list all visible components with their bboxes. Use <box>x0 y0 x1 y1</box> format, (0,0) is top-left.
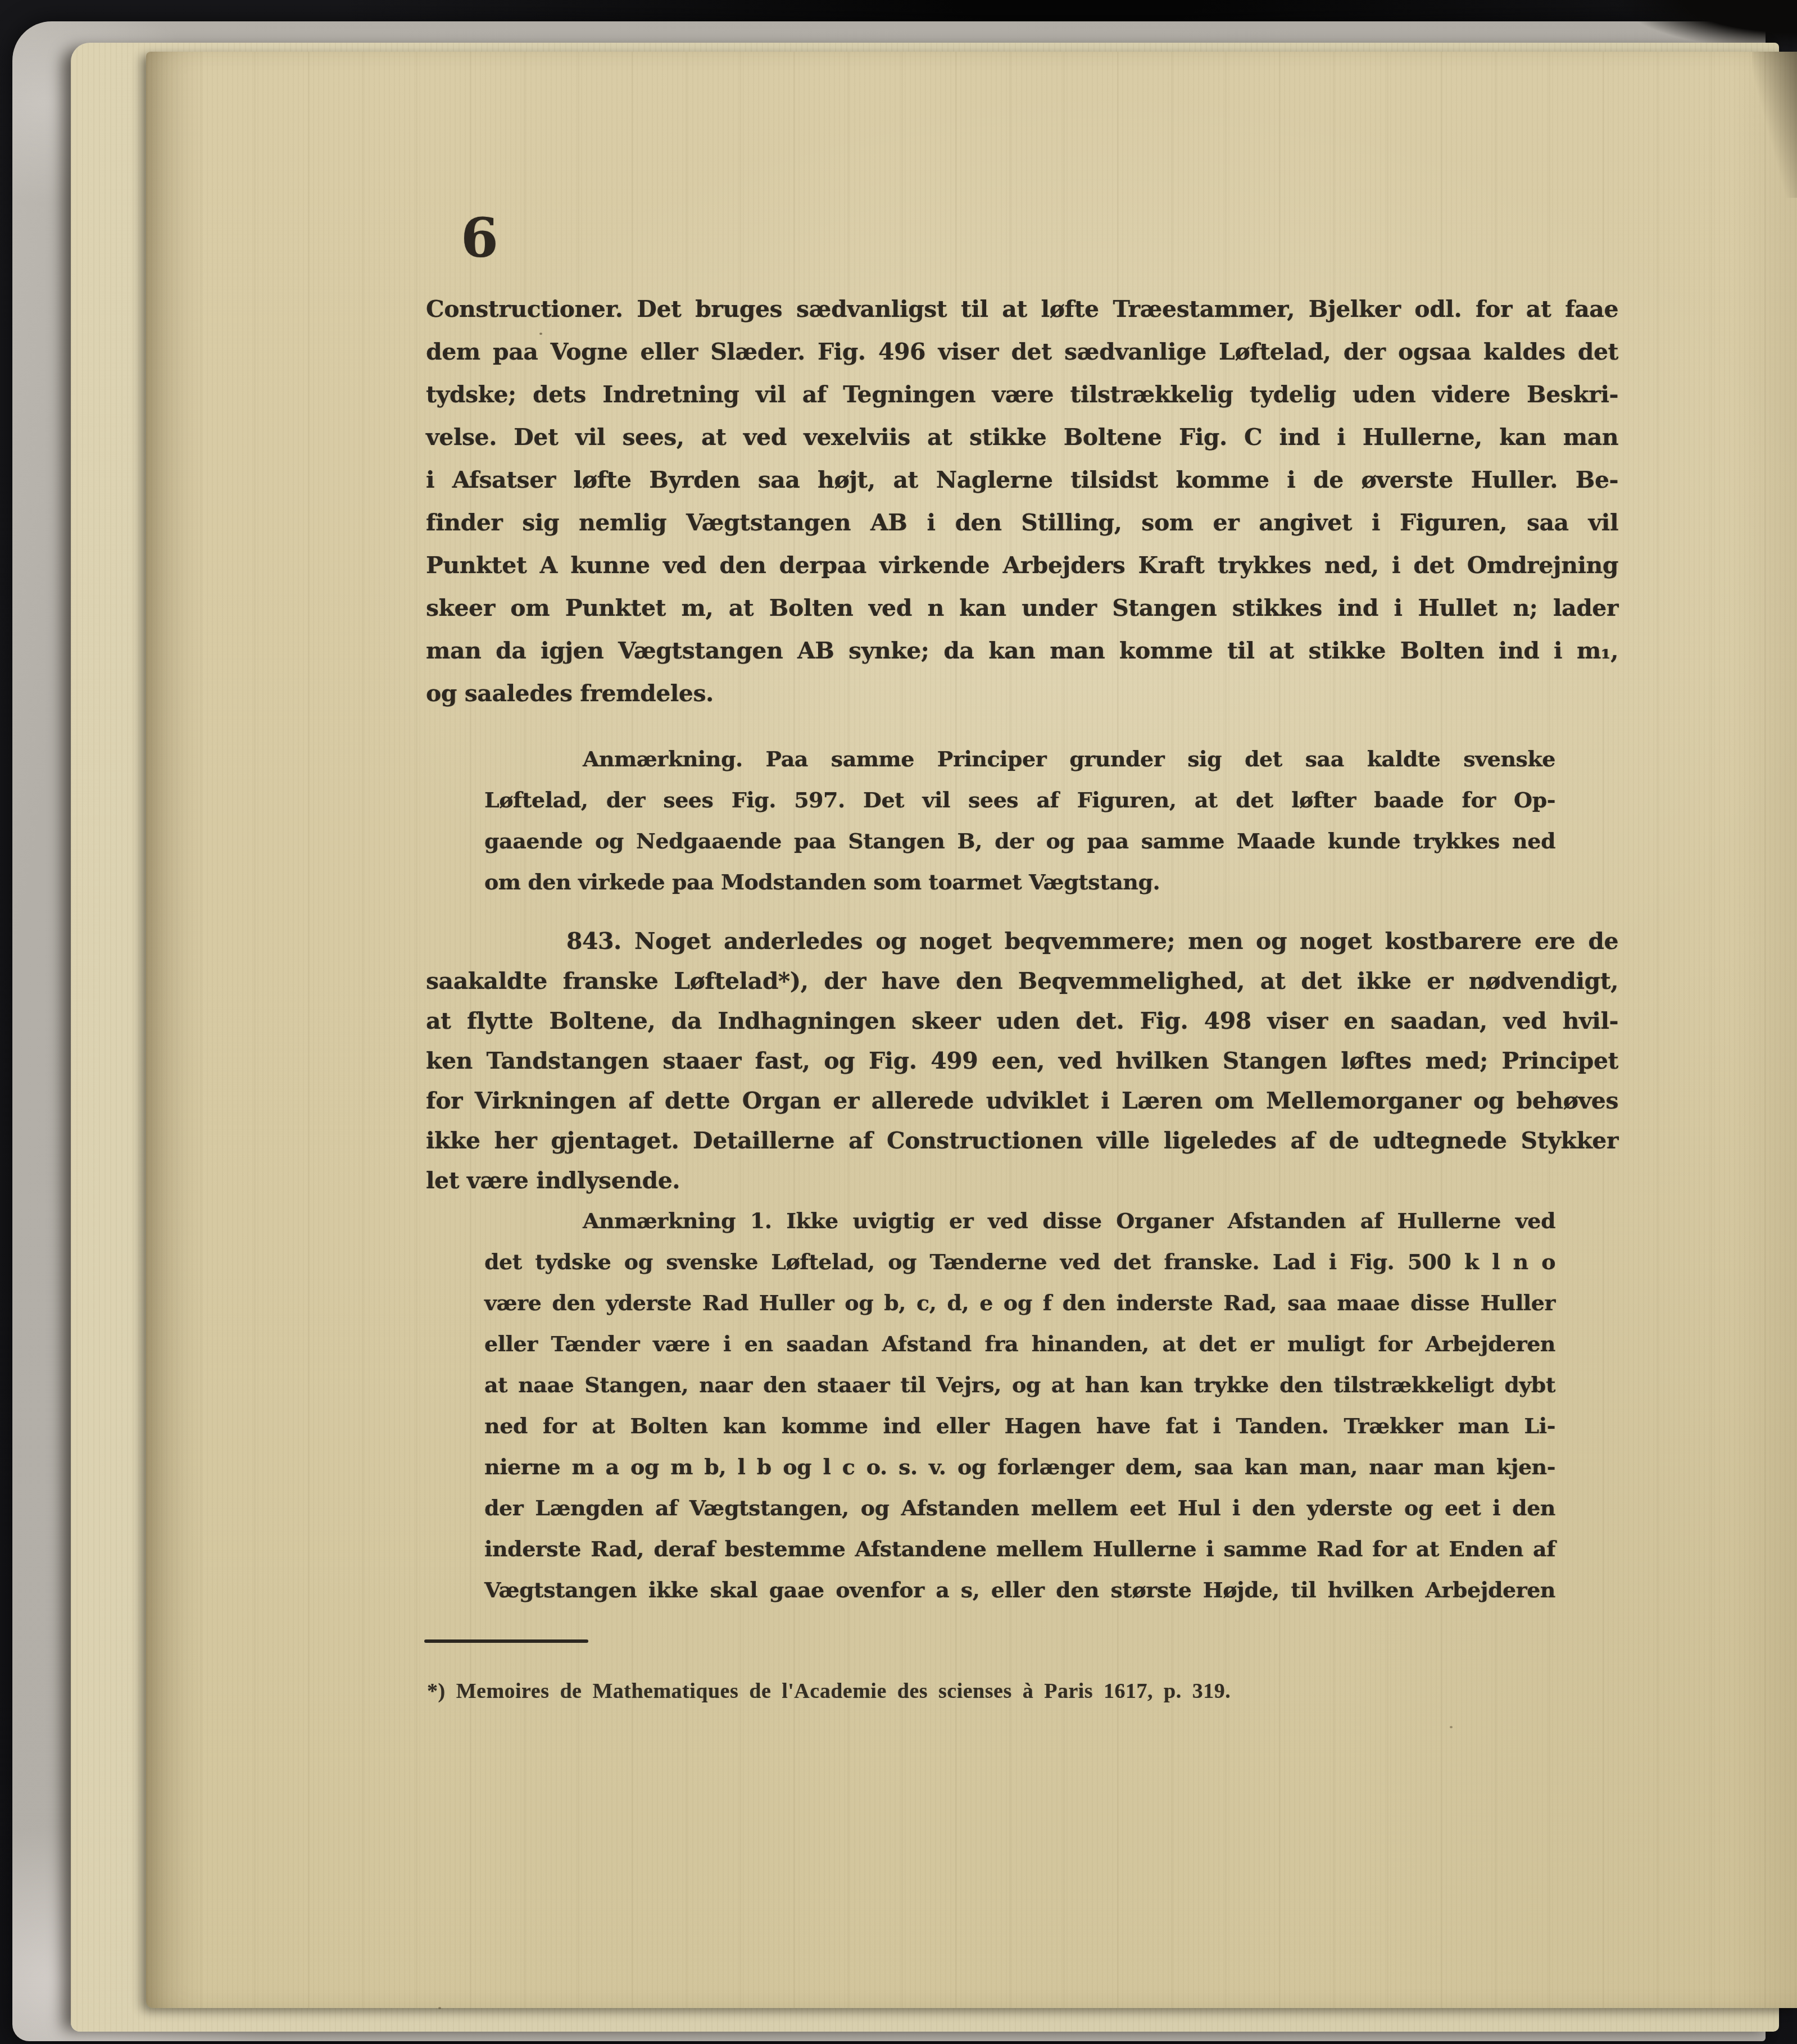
text-line: at naae Stangen, naar den staaer til Vej… <box>484 1364 1555 1405</box>
text-line: ned for at Bolten kan komme ind eller Ha… <box>484 1405 1555 1446</box>
text-line: Anmærkning 1. Ikke uvigtig er ved disse … <box>484 1200 1555 1241</box>
text-line: ikke her gjentaget. Detaillerne af Const… <box>426 1121 1618 1161</box>
text-line: dem paa Vogne eller Slæder. Fig. 496 vis… <box>426 330 1618 373</box>
text-line: nierne m a og m b, l b og l c o. s. v. o… <box>484 1446 1555 1487</box>
text-line: skeer om Punktet m, at Bolten ved n kan … <box>426 587 1618 629</box>
text-line: at flytte Boltene, da Indhagningen skeer… <box>426 1001 1618 1041</box>
text-line: eller Tænder være i en saadan Afstand fr… <box>484 1323 1555 1364</box>
text-line: Punktet A kunne ved den derpaa virkende … <box>426 544 1618 587</box>
text-line: ken Tandstangen staaer fast, og Fig. 499… <box>426 1041 1618 1081</box>
text-line: 843. Noget anderledes og noget beqvemmer… <box>426 921 1618 961</box>
paragraph-constructioner: Constructioner. Det bruges sædvanligst t… <box>426 288 1618 715</box>
text-line: gaaende og Nedgaaende paa Stangen B, der… <box>484 820 1555 861</box>
text-line: man da igjen Vægtstangen AB synke; da ka… <box>426 629 1618 672</box>
text-line: tydske; dets Indretning vil af Tegningen… <box>426 373 1618 416</box>
text-line: velse. Det vil sees, at ved vexelviis at… <box>426 416 1618 458</box>
text-line: saakaldte franske Løftelad*), der have d… <box>426 961 1618 1001</box>
text-line: Constructioner. Det bruges sædvanligst t… <box>426 288 1618 330</box>
text-line: og saaledes fremdeles. <box>426 672 1618 715</box>
remark-anmaerkning-1: Anmærkning 1. Ikke uvigtig er ved disse … <box>484 1200 1555 1610</box>
text-line: finder sig nemlig Vægtstangen AB i den S… <box>426 501 1618 544</box>
book-page: 6 Constructioner. Det bruges sædvanligst… <box>146 52 1797 2008</box>
text-line: være den yderste Rad Huller og b, c, d, … <box>484 1282 1555 1323</box>
text-line: Vægtstangen ikke skal gaae ovenfor a s, … <box>484 1569 1555 1610</box>
text-line: Løftelad, der sees Fig. 597. Det vil see… <box>484 779 1555 820</box>
book-scan: 6 Constructioner. Det bruges sædvanligst… <box>0 0 1797 2044</box>
text-line: for Virkningen af dette Organ er allered… <box>426 1081 1618 1121</box>
footnote: *) Memoires de Mathematiques de l'Academ… <box>427 1679 1528 1704</box>
paragraph-843: 843. Noget anderledes og noget beqvemmer… <box>426 921 1618 1201</box>
remark-anmaerkning: Anmærkning. Paa samme Principer grunder … <box>484 738 1555 902</box>
text-line: let være indlysende. <box>426 1161 1618 1201</box>
text-line: i Afsatser løfte Byrden saa højt, at Nag… <box>426 458 1618 501</box>
page-number: 6 <box>461 211 498 265</box>
text-line: Anmærkning. Paa samme Principer grunder … <box>484 738 1555 779</box>
text-line: inderste Rad, deraf bestemme Afstandene … <box>484 1528 1555 1569</box>
footnote-rule <box>424 1639 588 1643</box>
text-line: det tydske og svenske Løftelad, og Tænde… <box>484 1241 1555 1282</box>
text-line: om den virkede paa Modstanden som toarme… <box>484 861 1555 902</box>
page-edge-shadow <box>1752 52 1797 198</box>
text-line: der Længden af Vægtstangen, og Afstanden… <box>484 1487 1555 1528</box>
